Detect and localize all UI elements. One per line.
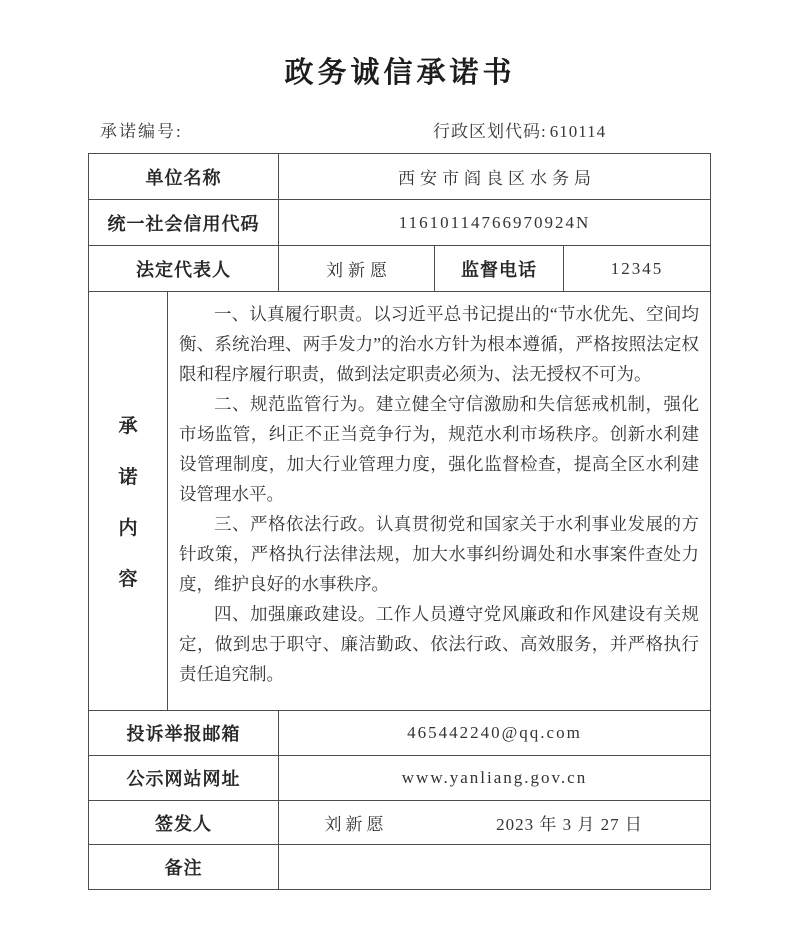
content-paragraph-3: 三、严格依法行政。认真贯彻党和国家关于水利事业发展的方针政策，严格执行法律法规，… — [179, 509, 699, 599]
content-label-char: 内 — [118, 513, 137, 540]
row-public-website: 公示网站网址 www.yanliang.gov.cn — [89, 756, 710, 801]
complaint-email-label: 投诉举报邮箱 — [89, 711, 279, 755]
row-legal-rep: 法定代表人 刘新愿 监督电话 12345 — [89, 246, 710, 292]
document-title: 政务诚信承诺书 — [0, 50, 800, 91]
meta-line: 承诺编号: 行政区划代码:610114 — [0, 117, 800, 141]
legal-rep-label: 法定代表人 — [89, 246, 279, 291]
unit-name-value: 西安市阎良区水务局 — [279, 154, 710, 199]
issuer-label: 签发人 — [89, 801, 279, 844]
commitment-content-label: 承 诺 内 容 — [89, 292, 168, 710]
row-credit-code: 统一社会信用代码 11610114766970924N — [89, 200, 710, 246]
row-commitment-content: 承 诺 内 容 一、认真履行职责。以习近平总书记提出的“节水优先、空间均衡、系统… — [89, 292, 710, 711]
commitment-table: 单位名称 西安市阎良区水务局 统一社会信用代码 1161011476697092… — [88, 153, 711, 890]
content-paragraph-4: 四、加强廉政建设。工作人员遵守党风廉政和作风建设有关规定，做到忠于职守、廉洁勤政… — [179, 599, 699, 689]
remarks-value — [279, 845, 710, 889]
issuer-content: 刘新愿 2023 年 3 月 27 日 — [279, 801, 710, 844]
complaint-email-value: 465442240@qq.com — [279, 711, 710, 755]
commitment-content-text: 一、认真履行职责。以习近平总书记提出的“节水优先、空间均衡、系统治理、两手发力”… — [168, 292, 710, 710]
supervise-phone-value: 12345 — [564, 246, 710, 291]
content-paragraph-2: 二、规范监管行为。建立健全守信激励和失信惩戒机制，强化市场监管，纠正不正当竞争行… — [179, 389, 699, 509]
promise-number-label: 承诺编号: — [100, 117, 183, 142]
unit-name-label: 单位名称 — [89, 154, 279, 199]
public-website-label: 公示网站网址 — [89, 756, 279, 800]
credit-code-label: 统一社会信用代码 — [89, 200, 279, 245]
content-paragraph-1: 一、认真履行职责。以习近平总书记提出的“节水优先、空间均衡、系统治理、两手发力”… — [179, 299, 699, 389]
document-page: 政务诚信承诺书 承诺编号: 行政区划代码:610114 单位名称 西安市阎良区水… — [0, 0, 800, 952]
content-label-char: 诺 — [118, 462, 137, 489]
row-complaint-email: 投诉举报邮箱 465442240@qq.com — [89, 711, 710, 756]
remarks-label: 备注 — [89, 845, 279, 889]
district-code-label: 行政区划代码: — [433, 122, 547, 141]
credit-code-value: 11610114766970924N — [279, 200, 710, 245]
row-remarks: 备注 — [89, 845, 710, 889]
legal-rep-value: 刘新愿 — [279, 246, 435, 291]
row-issuer: 签发人 刘新愿 2023 年 3 月 27 日 — [89, 801, 710, 845]
public-website-value: www.yanliang.gov.cn — [279, 756, 710, 800]
row-unit-name: 单位名称 西安市阎良区水务局 — [89, 154, 710, 200]
district-code-value: 610114 — [547, 122, 606, 141]
issuer-name: 刘新愿 — [279, 801, 429, 844]
district-code: 行政区划代码:610114 — [433, 117, 606, 142]
supervise-phone-label: 监督电话 — [435, 246, 564, 291]
content-label-char: 承 — [118, 411, 137, 438]
content-label-char: 容 — [118, 564, 137, 591]
issuer-date: 2023 年 3 月 27 日 — [429, 801, 710, 844]
